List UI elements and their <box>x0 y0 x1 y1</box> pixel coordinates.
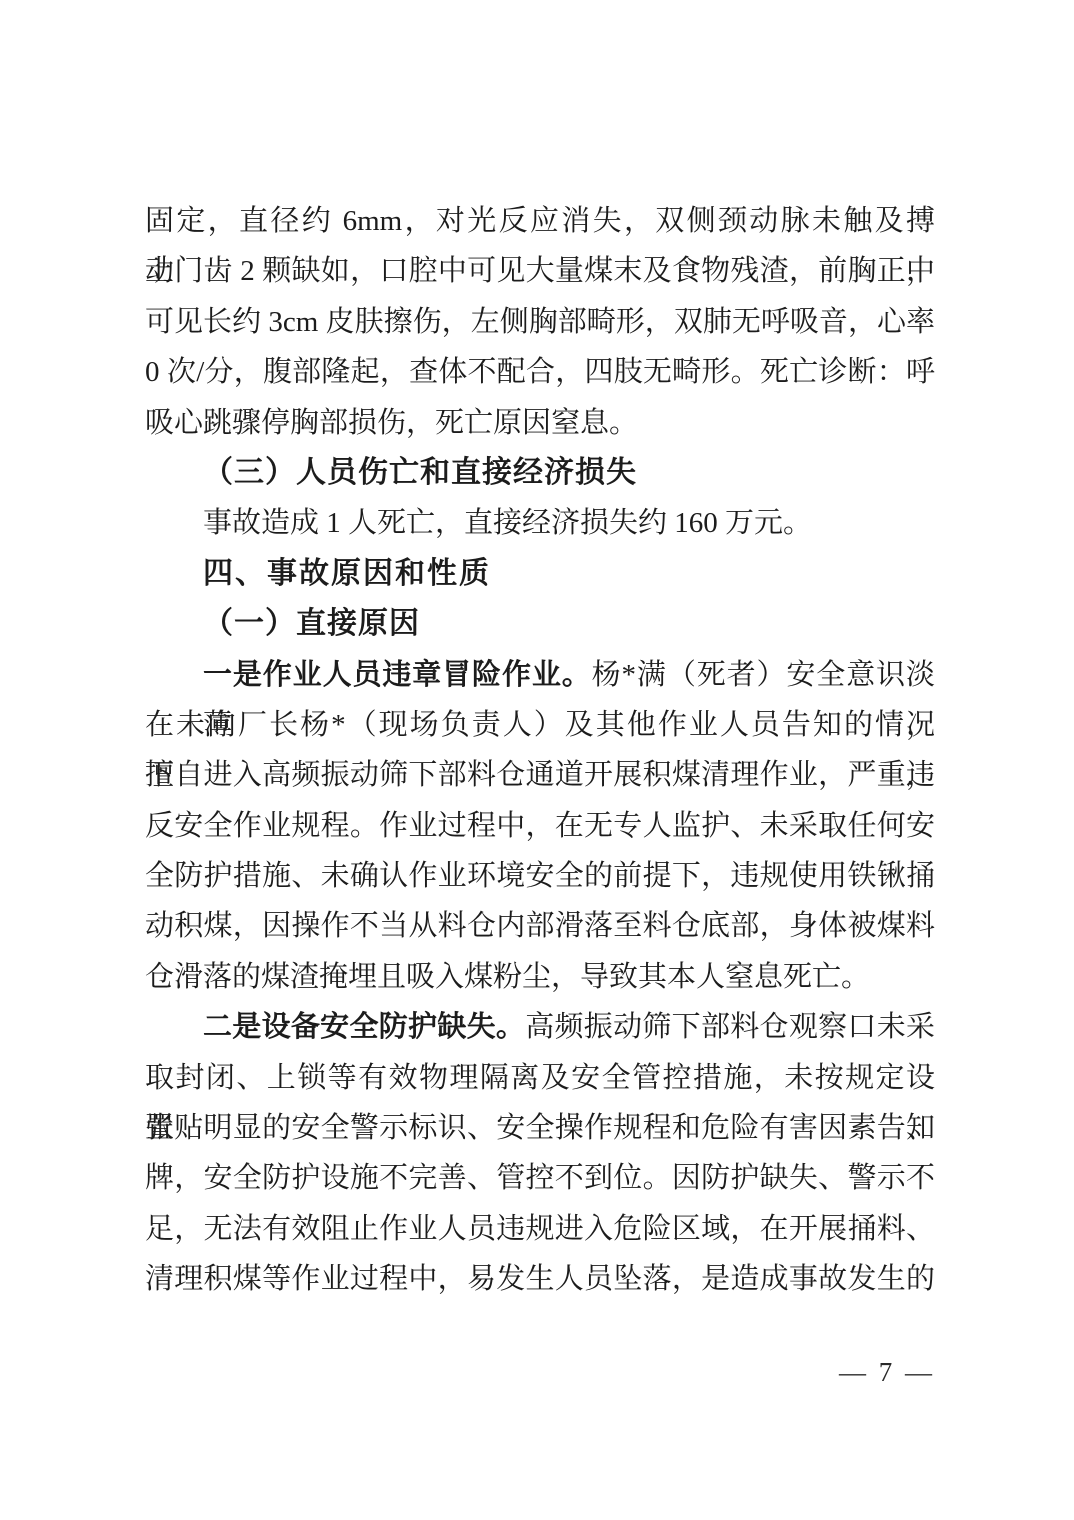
text-line: 反安全作业规程。作业过程中，在无专人监护、未采取任何安 <box>145 801 935 851</box>
text-line: 清理积煤等作业过程中，易发生人员坠落，是造成事故发生的 <box>145 1254 935 1304</box>
line-text: 0 次/分，腹部隆起，查体不配合，四肢无畸形。死亡诊断：呼 <box>145 356 935 388</box>
text-line: 固定，直径约 6mm，对光反应消失，双侧颈动脉未触及搏动， <box>145 196 935 246</box>
text-line: 擅自进入高频振动筛下部料仓通道开展积煤清理作业，严重违 <box>145 750 935 800</box>
text-line: 上门齿 2 颗缺如，口腔中可见大量煤末及食物残渣，前胸正中 <box>145 246 935 296</box>
line-text: 动积煤，因操作不当从料仓内部滑落至料仓底部，身体被煤料 <box>145 910 935 942</box>
text-line: 0 次/分，腹部隆起，查体不配合，四肢无畸形。死亡诊断：呼 <box>145 347 935 397</box>
text-line: 可见长约 3cm 皮肤擦伤，左侧胸部畸形，双肺无呼吸音，心率 <box>145 297 935 347</box>
text-block: 固定，直径约 6mm，对光反应消失，双侧颈动脉未触及搏动，上门齿 2 颗缺如，口… <box>145 196 935 1305</box>
text-line: 动积煤，因操作不当从料仓内部滑落至料仓底部，身体被煤料 <box>145 901 935 951</box>
text-line: 一是作业人员违章冒险作业。杨*满（死者）安全意识淡薄， <box>145 650 935 700</box>
line-text: 全防护措施、未确认作业环境安全的前提下，违规使用铁锹捅 <box>145 860 935 892</box>
text-line: 张贴明显的安全警示标识、安全操作规程和危险有害因素告知 <box>145 1103 935 1153</box>
line-text: 擅自进入高频振动筛下部料仓通道开展积煤清理作业，严重违 <box>145 759 935 791</box>
line-text: 可见长约 3cm 皮肤擦伤，左侧胸部畸形，双肺无呼吸音，心率 <box>145 306 935 338</box>
line-text: （三）人员伤亡和直接经济损失 <box>203 456 637 489</box>
section-heading: （三）人员伤亡和直接经济损失 <box>145 448 935 498</box>
line-text: 反安全作业规程。作业过程中，在无专人监护、未采取任何安 <box>145 810 935 842</box>
text-line: 吸心跳骤停胸部损伤，死亡原因窒息。 <box>145 398 935 448</box>
bold-lead-text: 一是作业人员违章冒险作业。 <box>203 659 592 691</box>
page-number: — 7 — <box>839 1356 935 1388</box>
line-text: 四、事故原因和性质 <box>203 557 491 590</box>
section-heading: （一）直接原因 <box>145 599 935 649</box>
line-text: 事故造成 1 人死亡，直接经济损失约 160 万元。 <box>203 507 812 539</box>
section-heading: 四、事故原因和性质 <box>145 549 935 599</box>
line-text: 仓滑落的煤渣掩埋且吸入煤粉尘，导致其本人窒息死亡。 <box>145 961 870 993</box>
line-text: （一）直接原因 <box>203 607 420 640</box>
line-text: 张贴明显的安全警示标识、安全操作规程和危险有害因素告知 <box>145 1112 935 1144</box>
line-text: 吸心跳骤停胸部损伤，死亡原因窒息。 <box>145 407 638 439</box>
text-line: 二是设备安全防护缺失。高频振动筛下部料仓观察口未采 <box>145 1002 935 1052</box>
text-line: 全防护措施、未确认作业环境安全的前提下，违规使用铁锹捅 <box>145 851 935 901</box>
text-line: 仓滑落的煤渣掩埋且吸入煤粉尘，导致其本人窒息死亡。 <box>145 952 935 1002</box>
line-text: 高频振动筛下部料仓观察口未采 <box>525 1011 935 1043</box>
text-line: 事故造成 1 人死亡，直接经济损失约 160 万元。 <box>145 498 935 548</box>
bold-lead-text: 二是设备安全防护缺失。 <box>203 1011 525 1043</box>
text-line: 牌，安全防护设施不完善、管控不到位。因防护缺失、警示不 <box>145 1153 935 1203</box>
line-text: 清理积煤等作业过程中，易发生人员坠落，是造成事故发生的 <box>145 1263 935 1295</box>
text-line: 取封闭、上锁等有效物理隔离及安全管控措施，未按规定设置、 <box>145 1053 935 1103</box>
line-text: 足，无法有效阻止作业人员违规进入危险区域，在开展捅料、 <box>145 1213 935 1245</box>
document-page: 固定，直径约 6mm，对光反应消失，双侧颈动脉未触及搏动，上门齿 2 颗缺如，口… <box>0 0 1074 1520</box>
line-text: 牌，安全防护设施不完善、管控不到位。因防护缺失、警示不 <box>145 1162 935 1194</box>
text-line: 足，无法有效阻止作业人员违规进入危险区域，在开展捅料、 <box>145 1204 935 1254</box>
line-text: 上门齿 2 颗缺如，口腔中可见大量煤末及食物残渣，前胸正中 <box>145 255 935 287</box>
text-line: 在未向厂长杨*（现场负责人）及其他作业人员告知的情况下， <box>145 700 935 750</box>
